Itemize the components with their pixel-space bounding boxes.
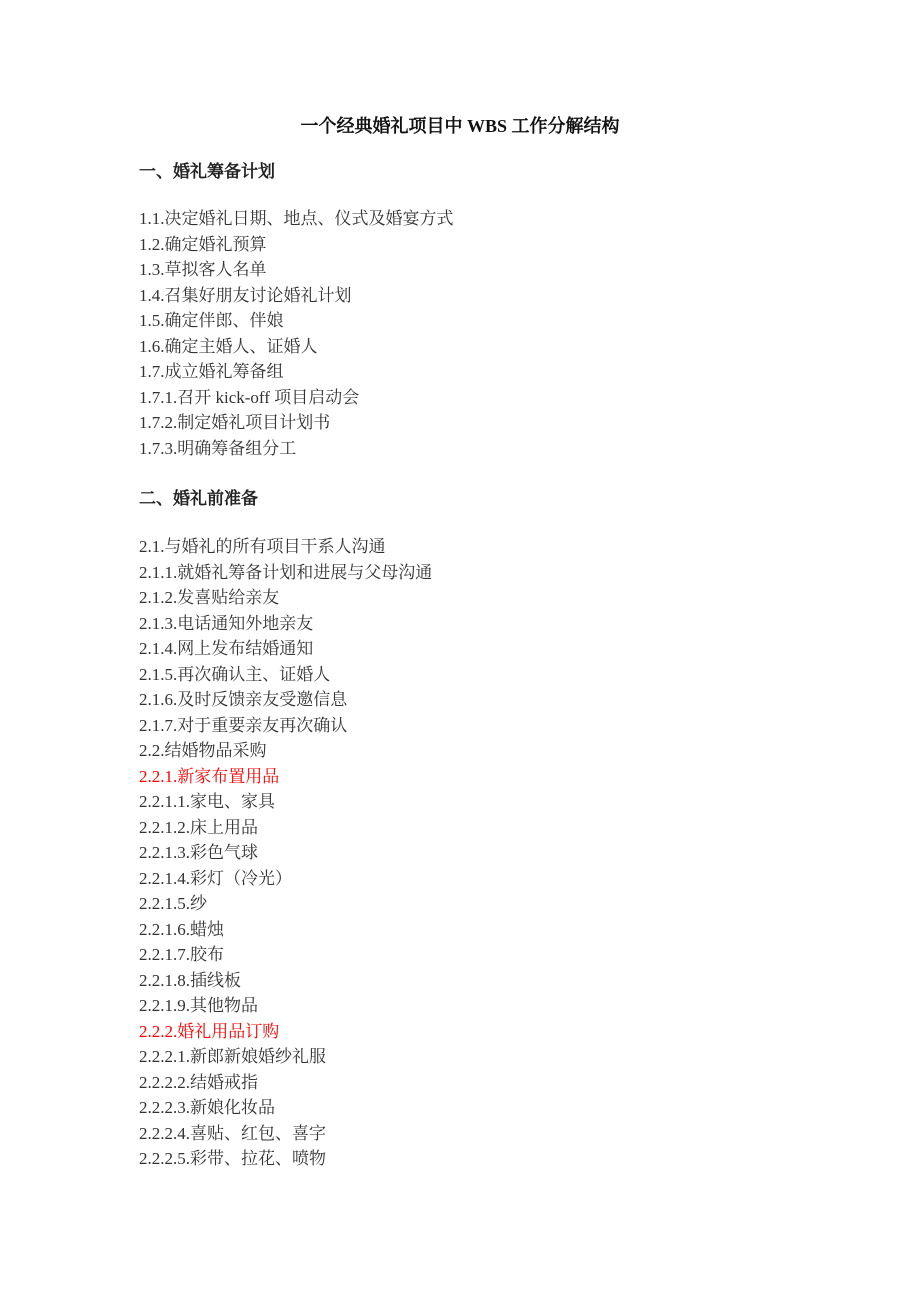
wbs-task-item: 2.2.结婚物品采购 xyxy=(139,738,432,764)
wbs-task-item: 1.7.2.制定婚礼项目计划书 xyxy=(139,410,454,436)
wbs-task-item: 2.1.1.就婚礼筹备计划和进展与父母沟通 xyxy=(139,560,432,586)
wbs-task-item: 1.4.召集好朋友讨论婚礼计划 xyxy=(139,283,454,309)
wbs-task-item: 2.2.1.新家布置用品 xyxy=(139,764,432,790)
wbs-task-item: 2.2.1.3.彩色气球 xyxy=(139,840,432,866)
wbs-task-item: 2.2.1.6.蜡烛 xyxy=(139,917,432,943)
wbs-task-item: 2.2.2.1.新郎新娘婚纱礼服 xyxy=(139,1044,432,1070)
wbs-task-item: 1.3.草拟客人名单 xyxy=(139,257,454,283)
wbs-task-item: 1.7.成立婚礼筹备组 xyxy=(139,359,454,385)
wbs-task-item: 1.1.决定婚礼日期、地点、仪式及婚宴方式 xyxy=(139,206,454,232)
wbs-task-item: 2.1.4.网上发布结婚通知 xyxy=(139,636,432,662)
wbs-task-item: 2.1.与婚礼的所有项目干系人沟通 xyxy=(139,534,432,560)
wbs-task-item: 2.2.2.婚礼用品订购 xyxy=(139,1019,432,1045)
wbs-task-item: 2.2.1.4.彩灯（冷光） xyxy=(139,866,432,892)
wbs-task-item: 2.1.5.再次确认主、证婚人 xyxy=(139,662,432,688)
wbs-task-item: 2.1.3.电话通知外地亲友 xyxy=(139,611,432,637)
document-title: 一个经典婚礼项目中 WBS 工作分解结构 xyxy=(0,114,920,138)
wbs-task-item: 2.1.6.及时反馈亲友受邀信息 xyxy=(139,687,432,713)
wbs-task-item: 2.2.1.2.床上用品 xyxy=(139,815,432,841)
planning-task-list: 1.1.决定婚礼日期、地点、仪式及婚宴方式1.2.确定婚礼预算1.3.草拟客人名… xyxy=(139,206,454,461)
wbs-task-item: 2.1.7.对于重要亲友再次确认 xyxy=(139,713,432,739)
wbs-task-item: 2.2.1.7.胶布 xyxy=(139,942,432,968)
wbs-task-item: 1.5.确定伴郎、伴娘 xyxy=(139,308,454,334)
wbs-task-item: 1.7.1.召开 kick-off 项目启动会 xyxy=(139,385,454,411)
wbs-task-item: 2.2.2.2.结婚戒指 xyxy=(139,1070,432,1096)
section-heading-preparation: 二、婚礼前准备 xyxy=(139,487,258,511)
wbs-task-item: 2.2.2.5.彩带、拉花、喷物 xyxy=(139,1146,432,1172)
document-page: 一个经典婚礼项目中 WBS 工作分解结构 一、婚礼筹备计划 1.1.决定婚礼日期… xyxy=(0,0,920,1302)
wbs-task-item: 2.1.2.发喜贴给亲友 xyxy=(139,585,432,611)
wbs-task-item: 2.2.1.8.插线板 xyxy=(139,968,432,994)
wbs-task-item: 1.2.确定婚礼预算 xyxy=(139,232,454,258)
wbs-task-item: 2.2.1.1.家电、家具 xyxy=(139,789,432,815)
wbs-task-item: 2.2.2.3.新娘化妆品 xyxy=(139,1095,432,1121)
wbs-task-item: 2.2.1.9.其他物品 xyxy=(139,993,432,1019)
wbs-task-item: 2.2.1.5.纱 xyxy=(139,891,432,917)
wbs-task-item: 1.7.3.明确筹备组分工 xyxy=(139,436,454,462)
section-heading-planning: 一、婚礼筹备计划 xyxy=(139,160,275,184)
wbs-task-item: 2.2.2.4.喜贴、红包、喜字 xyxy=(139,1121,432,1147)
wbs-task-item: 1.6.确定主婚人、证婚人 xyxy=(139,334,454,360)
preparation-task-list: 2.1.与婚礼的所有项目干系人沟通2.1.1.就婚礼筹备计划和进展与父母沟通2.… xyxy=(139,534,432,1172)
